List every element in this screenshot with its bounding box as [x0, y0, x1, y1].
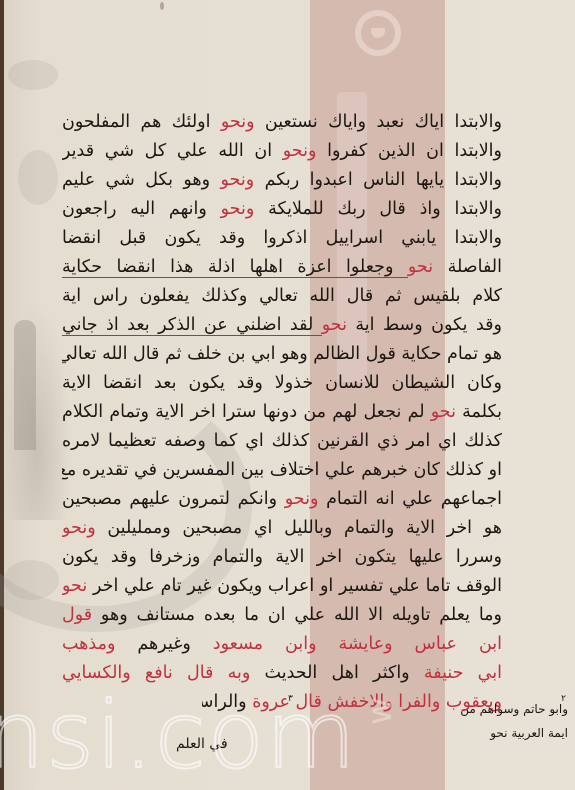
rubric-keyword: نحو: [62, 576, 87, 596]
rubric-keyword: ونحو: [283, 141, 317, 161]
text-line-1: والابتدا اياك نعبد واياك نستعين ونحو اول…: [62, 108, 502, 137]
paper-stain: [8, 60, 58, 90]
margin-note-line-1: وابو حاتم وسواهم من: [453, 697, 568, 721]
text-line-14: اجماعهم علي انه التمام ونحو وانكم لتمرون…: [62, 485, 502, 514]
text-line-16: وسررا عليها يتكون اخر الاية والتمام وزخر…: [62, 543, 502, 572]
text-line-4: والابتدا واذ قال ربك للملايكة ونحو وانهم…: [62, 195, 502, 224]
manuscript-text-block: والابتدا اياك نعبد واياك نستعين ونحو اول…: [62, 108, 502, 717]
paper-stain: [4, 560, 59, 600]
text-segment: والابتدا يابني اسراييل اذكروا وقد يكون ق…: [62, 228, 502, 248]
text-line-3: والابتدا يايها الناس اعبدوا ربكم ونحو وه…: [62, 166, 502, 195]
rubric-keyword: ونحو: [221, 112, 255, 132]
watermark-band-bottom-letter: w: [360, 695, 400, 725]
text-segment: والابتدا يايها الناس اعبدوا ربكم: [254, 170, 502, 190]
text-line-2: والابتدا ان الذين كفروا ونحو ان الله علي…: [62, 137, 502, 166]
watermark-logo-icon: [355, 10, 401, 56]
text-segment: وجعلوا اعزة اهلها اذلة هذا انقضا حكاية: [62, 257, 408, 278]
text-segment: وكان الشيطان للانسان خذولا وقد يكون بعد …: [62, 373, 502, 393]
rubric-names: وبه قال نافع والكسايي: [62, 663, 250, 683]
rubric-names: ابي حنيفة: [424, 663, 502, 683]
text-segment: هو اخر الاية والتمام وبالليل اي مصبحين و…: [96, 518, 502, 538]
rubric-keyword: نحو: [322, 315, 347, 335]
rubric-keyword: ونحو: [221, 170, 255, 190]
paper-speck: [160, 2, 164, 10]
text-line-8: وقد يكون وسط اية نحو لقد اضلني عن الذكر …: [62, 311, 502, 340]
text-line-15: هو اخر الاية والتمام وبالليل اي مصبحين و…: [62, 514, 502, 543]
text-segment: والابتدا ان الذين كفروا: [316, 141, 502, 161]
text-segment: وغيرهم: [115, 634, 212, 654]
text-segment: وانكم لتمرون عليهم مصبحين: [62, 489, 285, 509]
text-segment: وقد يكون وسط اية: [347, 315, 502, 335]
rubric-keyword: ونحو: [62, 518, 96, 538]
text-segment: بكلمة: [456, 402, 502, 422]
text-line-10: وكان الشيطان للانسان خذولا وقد يكون بعد …: [62, 369, 502, 398]
text-segment: وما يعلم تاويله الا الله علي ان ما بعده …: [92, 605, 502, 625]
text-line-5: والابتدا يابني اسراييل اذكروا وقد يكون ق…: [62, 224, 502, 253]
text-segment: وانهم اليه راجعون: [62, 199, 221, 219]
rubric-keyword: ونحو: [221, 199, 255, 219]
text-segment: او كذلك كان خبرهم علي اختلاف بين المفسري…: [62, 460, 502, 480]
text-segment: اولئك هم المفلحون: [62, 112, 221, 132]
text-segment: وهو بكل شي عليم: [62, 170, 221, 190]
text-segment: لم نجعل لهم من دونها سترا اخر الاية وتما…: [62, 402, 431, 422]
text-line-19: ابن عباس وعايشة وابن مسعود وغيرهم ومذهب: [62, 630, 502, 659]
text-segment: هو تمام حكاية قول الظالم وهو ابي بن خلف …: [62, 344, 502, 364]
text-line-13: او كذلك كان خبرهم علي اختلاف بين المفسري…: [62, 456, 502, 485]
rubric-keyword: قول: [62, 605, 92, 625]
text-segment: وسررا عليها يتكون اخر الاية والتمام وزخر…: [62, 547, 502, 567]
text-segment: كلام بلقيس ثم قال الله تعالي وكذلك يفعلو…: [62, 286, 502, 306]
margin-note: ٢ وابو حاتم وسواهم من ايمة العربية نحو: [453, 697, 568, 745]
text-line-18: وما يعلم تاويله الا الله علي ان ما بعده …: [62, 601, 502, 630]
text-segment: الوقف تاما علي تفسير او اعراب ويكون غير …: [87, 576, 502, 596]
margin-footnote-marker: ٢: [561, 687, 566, 711]
text-line-6: الفاصلة نحو وجعلوا اعزة اهلها اذلة هذا ا…: [62, 253, 502, 282]
text-segment: الفاصلة: [433, 257, 502, 277]
text-line-11: بكلمة نحو لم نجعل لهم من دونها سترا اخر …: [62, 398, 502, 427]
rubric-names: ابن عباس وعايشة وابن مسعود: [213, 634, 502, 654]
text-line-12: كذلك اي امر ذي القرنين كذلك اي كما وصفه …: [62, 427, 502, 456]
rubric-keyword: نحو: [431, 402, 456, 422]
rubric-keyword: ونحو: [285, 489, 319, 509]
paper-stain: [18, 150, 58, 205]
text-line-7: كلام بلقيس ثم قال الله تعالي وكذلك يفعلو…: [62, 282, 502, 311]
text-line-9: هو تمام حكاية قول الظالم وهو ابي بن خلف …: [62, 340, 502, 369]
text-line-17: الوقف تاما علي تفسير او اعراب ويكون غير …: [62, 572, 502, 601]
watermark-text: nsi.com: [0, 690, 358, 782]
text-segment: كذلك اي امر ذي القرنين كذلك اي كما وصفه …: [62, 431, 502, 451]
margin-note-line-2: ايمة العربية نحو: [453, 721, 568, 745]
text-segment: والابتدا واذ قال ربك للملايكة: [254, 199, 502, 219]
manuscript-page: والابتدا اياك نعبد واياك نستعين ونحو اول…: [0, 0, 575, 790]
text-segment: واكثر اهل الحديث: [250, 663, 424, 683]
text-segment: لقد اضلني عن الذكر بعد اذ جاني: [62, 315, 322, 336]
rubric-keyword: نحو: [408, 257, 433, 277]
text-segment: ان الله علي كل شي قدير: [62, 141, 283, 161]
text-segment: اجماعهم علي انه التمام: [318, 489, 502, 509]
rubric-keyword: ومذهب: [62, 634, 115, 654]
text-segment: والابتدا اياك نعبد واياك نستعين: [255, 112, 502, 132]
